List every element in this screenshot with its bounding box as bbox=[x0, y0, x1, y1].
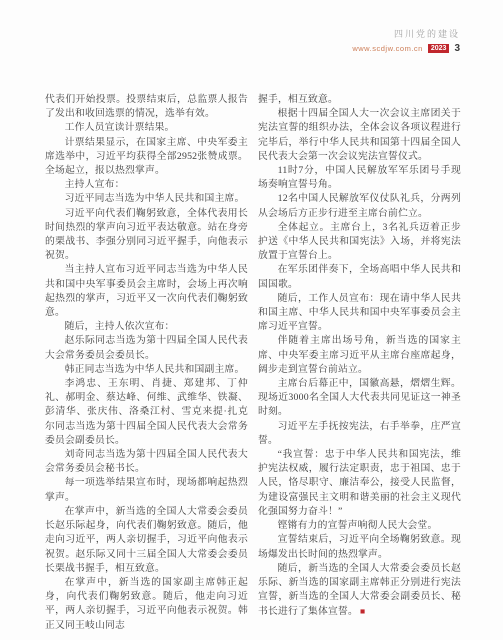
paragraph: 代表们开始投票。投票结束后，总监票人报告了发出和收回选票的情况，选举有效。 bbox=[45, 93, 248, 121]
magazine-website: www.scdjw.com.cn bbox=[352, 44, 423, 53]
paragraph: 主持人宣布： bbox=[45, 178, 248, 192]
paragraph: 12名中国人民解放军仪仗队礼兵，分两列从会场后方正步行进至主席台前伫立。 bbox=[258, 192, 461, 220]
paragraph: 每一项选举结果宣布时，现场都响起热烈掌声。 bbox=[45, 476, 248, 504]
paragraph: 在军乐团伴奏下，全场高唱中华人民共和国国歌。 bbox=[258, 263, 461, 291]
paragraph: 习近平左手抚按宪法，右手举拳，庄严宣誓。 bbox=[258, 420, 461, 448]
paragraph: 全体起立。主席台上，3名礼兵迈着正步护送《中华人民共和国宪法》入场，并将宪法放置… bbox=[258, 221, 461, 264]
article-end-mark: ■ bbox=[360, 606, 365, 616]
paragraph: 李鸿忠、王东明、肖捷、郑建邦、丁仲礼、郝明金、蔡达峰、何维、武维华、铁凝、彭清华… bbox=[45, 377, 248, 448]
paragraph: 伴随着主席出场号角，新当选的国家主席、中央军委主席习近平从主席台座席起身，阔步走… bbox=[258, 334, 461, 377]
paragraph: 韩正同志当选为中华人民共和国副主席。 bbox=[45, 363, 248, 377]
paragraph: 主席台后幕正中，国徽高悬，熠熠生辉。现场近3000名全国人大代表共同见证这一神圣… bbox=[258, 377, 461, 420]
paragraph: 随后，工作人员宣布：现在请中华人民共和国主席、中华人民共和国中央军事委员会主席习… bbox=[258, 292, 461, 335]
article-body: 代表们开始投票。投票结束后，总监票人报告了发出和收回选票的情况，选举有效。 工作… bbox=[45, 93, 461, 633]
magazine-title: 四川党的建设 bbox=[352, 27, 460, 40]
paragraph: 随后，主持人依次宣布： bbox=[45, 320, 248, 334]
left-column: 代表们开始投票。投票结束后，总监票人报告了发出和收回选票的情况，选举有效。 工作… bbox=[45, 93, 248, 633]
magazine-page: 四川党的建设 www.scdjw.com.cn 2023 3 代表们开始投票。投… bbox=[0, 0, 503, 640]
right-column: 握手，相互致意。 根据十四届全国人大一次会议主席团关于宪法宣誓的组织办法，全体会… bbox=[258, 93, 461, 633]
paragraph: 当主持人宣布习近平同志当选为中华人民共和国中央军事委员会主席时，会场上再次响起热… bbox=[45, 263, 248, 320]
paragraph: 习近平同志当选为中华人民共和国主席。 bbox=[45, 192, 248, 206]
paragraph: 11时7分，中国人民解放军军乐团号手现场奏响宣誓号角。 bbox=[258, 164, 461, 192]
paragraph: 根据十四届全国人大一次会议主席团关于宪法宣誓的组织办法，全体会议各项议程进行完毕… bbox=[258, 107, 461, 164]
paragraph: 宣誓结束后，习近平向全场鞠躬致意。现场爆发出长时间的热烈掌声。 bbox=[258, 533, 461, 561]
page-number: 3 bbox=[454, 43, 460, 54]
paragraph: 在掌声中，新当选的全国人大常委会委员长赵乐际起身，向代表们鞠躬致意。随后，他走向… bbox=[45, 505, 248, 576]
paragraph: 握手，相互致意。 bbox=[258, 93, 461, 107]
paragraph: 刘奇同志当选为第十四届全国人民代表大会常务委员会秘书长。 bbox=[45, 448, 248, 476]
paragraph: 铿锵有力的宣誓声响彻人民大会堂。 bbox=[258, 519, 461, 533]
paragraph: 在掌声中，新当选的国家副主席韩正起身，向代表们鞠躬致意。随后，他走向习近平，两人… bbox=[45, 576, 248, 633]
year-badge: 2023 bbox=[428, 44, 450, 53]
paragraph: 计票结果显示，在国家主席、中央军委主席选举中，习近平均获得全部2952张赞成票。… bbox=[45, 136, 248, 179]
magazine-meta: www.scdjw.com.cn 2023 3 bbox=[352, 43, 460, 54]
paragraph: 工作人员宣读计票结果。 bbox=[45, 121, 248, 135]
paragraph: 赵乐际同志当选为第十四届全国人民代表大会常务委员会委员长。 bbox=[45, 334, 248, 362]
paragraph: “我宣誓：忠于中华人民共和国宪法，维护宪法权威，履行法定职责，忠于祖国、忠于人民… bbox=[258, 448, 461, 519]
page-header: 四川党的建设 www.scdjw.com.cn 2023 3 bbox=[352, 27, 460, 54]
paragraph: 习近平向代表们鞠躬致意，全体代表用长时间热烈的掌声向习近平表达敬意。站在身旁的栗… bbox=[45, 207, 248, 264]
last-paragraph: 随后，新当选的全国人大常委会委员长赵乐际、新当选的国家副主席韩正分别进行宪法宣誓… bbox=[258, 562, 461, 620]
